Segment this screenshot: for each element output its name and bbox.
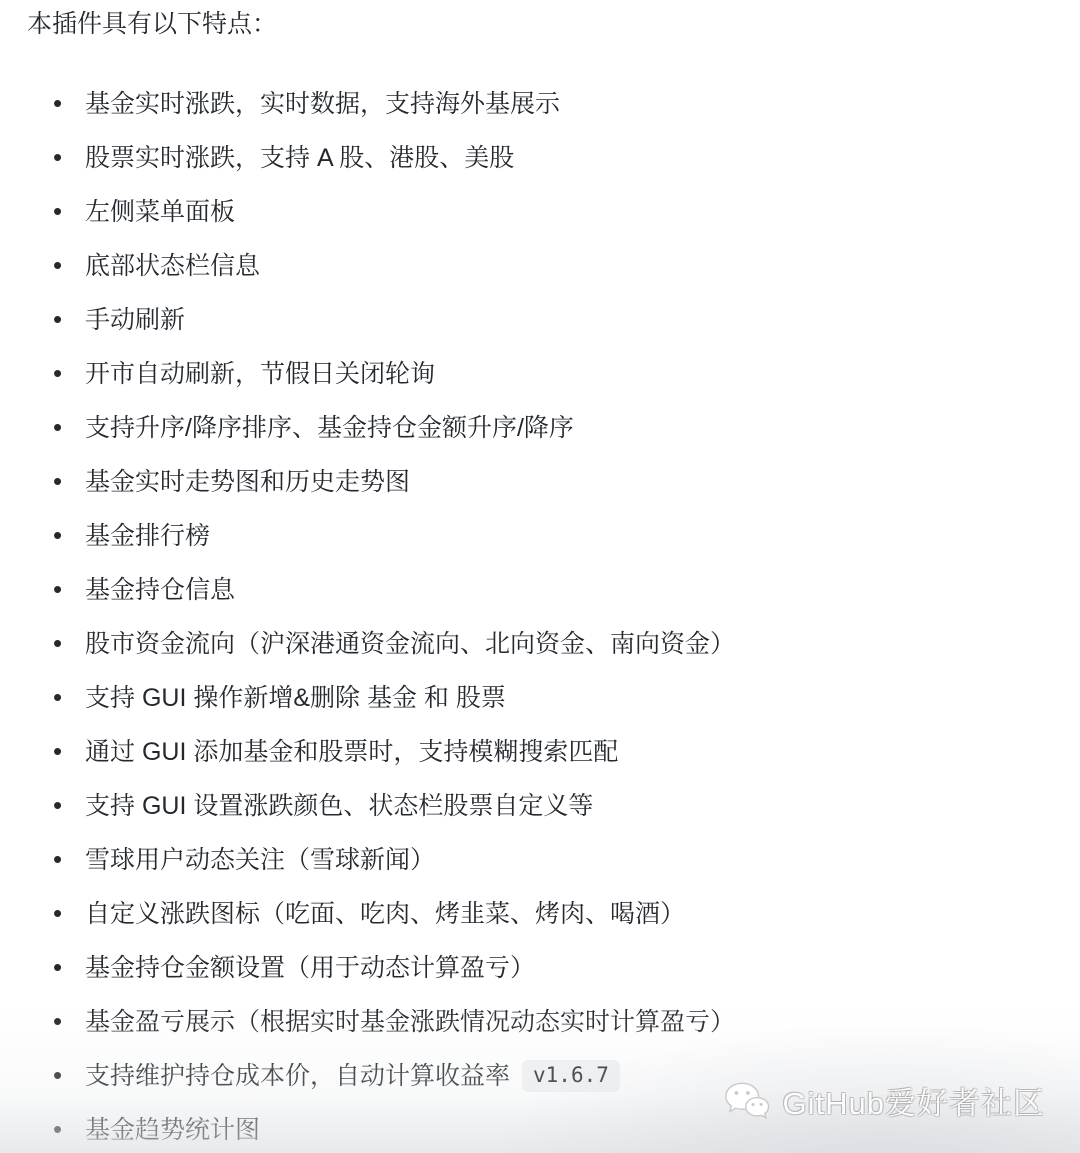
feature-item: 雪球用户动态关注（雪球新闻） bbox=[27, 844, 1080, 876]
feature-text: 基金持仓信息 bbox=[85, 576, 235, 604]
feature-item: 基金排行榜 bbox=[27, 520, 1080, 552]
feature-item: 支持维护持仓成本价，自动计算收益率v1.6.7 bbox=[27, 1060, 1080, 1092]
feature-item: 基金实时涨跌，实时数据，支持海外基展示 bbox=[27, 88, 1080, 120]
intro-text: 本插件具有以下特点： bbox=[27, 8, 1080, 40]
feature-text: 自定义涨跌图标（吃面、吃肉、烤韭菜、烤肉、喝酒） bbox=[85, 900, 685, 928]
feature-item: 底部状态栏信息 bbox=[27, 250, 1080, 282]
feature-text: 基金持仓金额设置（用于动态计算盈亏） bbox=[85, 954, 535, 982]
feature-item: 手动刷新 bbox=[27, 304, 1080, 336]
feature-item: 基金实时走势图和历史走势图 bbox=[27, 466, 1080, 498]
feature-text: 支持升序/降序排序、基金持仓金额升序/降序 bbox=[85, 414, 574, 442]
feature-item: 支持 GUI 设置涨跌颜色、状态栏股票自定义等 bbox=[27, 790, 1080, 822]
feature-list: 基金实时涨跌，实时数据，支持海外基展示 股票实时涨跌，支持 A 股、港股、美股 … bbox=[27, 88, 1080, 1146]
feature-text: 支持 GUI 设置涨跌颜色、状态栏股票自定义等 bbox=[85, 792, 593, 820]
feature-text: 股市资金流向（沪深港通资金流向、北向资金、南向资金） bbox=[85, 630, 735, 658]
feature-item: 开市自动刷新，节假日关闭轮询 bbox=[27, 358, 1080, 390]
feature-text: 基金盈亏展示（根据实时基金涨跌情况动态实时计算盈亏） bbox=[85, 1008, 735, 1036]
feature-item: 支持 GUI 操作新增&删除 基金 和 股票 bbox=[27, 682, 1080, 714]
feature-text: 雪球用户动态关注（雪球新闻） bbox=[85, 846, 435, 874]
feature-text: 支持维护持仓成本价，自动计算收益率 bbox=[85, 1062, 510, 1090]
feature-text: 支持 GUI 操作新增&删除 基金 和 股票 bbox=[85, 684, 506, 712]
feature-item: 支持升序/降序排序、基金持仓金额升序/降序 bbox=[27, 412, 1080, 444]
feature-text: 开市自动刷新，节假日关闭轮询 bbox=[85, 360, 435, 388]
feature-item: 通过 GUI 添加基金和股票时，支持模糊搜索匹配 bbox=[27, 736, 1080, 768]
content-area: 本插件具有以下特点： 基金实时涨跌，实时数据，支持海外基展示 股票实时涨跌，支持… bbox=[0, 0, 1080, 1146]
feature-text: 底部状态栏信息 bbox=[85, 252, 260, 280]
feature-text: 基金实时走势图和历史走势图 bbox=[85, 468, 410, 496]
feature-item: 自定义涨跌图标（吃面、吃肉、烤韭菜、烤肉、喝酒） bbox=[27, 898, 1080, 930]
feature-item: 基金盈亏展示（根据实时基金涨跌情况动态实时计算盈亏） bbox=[27, 1006, 1080, 1038]
document-page: 本插件具有以下特点： 基金实时涨跌，实时数据，支持海外基展示 股票实时涨跌，支持… bbox=[0, 0, 1080, 1153]
feature-text: 基金实时涨跌，实时数据，支持海外基展示 bbox=[85, 90, 560, 118]
feature-item: 左侧菜单面板 bbox=[27, 196, 1080, 228]
feature-item: 股票实时涨跌，支持 A 股、港股、美股 bbox=[27, 142, 1080, 174]
feature-text: 手动刷新 bbox=[85, 306, 185, 334]
feature-text: 股票实时涨跌，支持 A 股、港股、美股 bbox=[85, 144, 514, 172]
feature-text: 通过 GUI 添加基金和股票时，支持模糊搜索匹配 bbox=[85, 738, 618, 766]
feature-text: 基金趋势统计图 bbox=[85, 1116, 260, 1144]
feature-item: 基金持仓信息 bbox=[27, 574, 1080, 606]
version-badge: v1.6.7 bbox=[522, 1060, 620, 1092]
feature-item: 股市资金流向（沪深港通资金流向、北向资金、南向资金） bbox=[27, 628, 1080, 660]
feature-text: 左侧菜单面板 bbox=[85, 198, 235, 226]
feature-item: 基金持仓金额设置（用于动态计算盈亏） bbox=[27, 952, 1080, 984]
feature-item: 基金趋势统计图 bbox=[27, 1114, 1080, 1146]
feature-text: 基金排行榜 bbox=[85, 522, 210, 550]
